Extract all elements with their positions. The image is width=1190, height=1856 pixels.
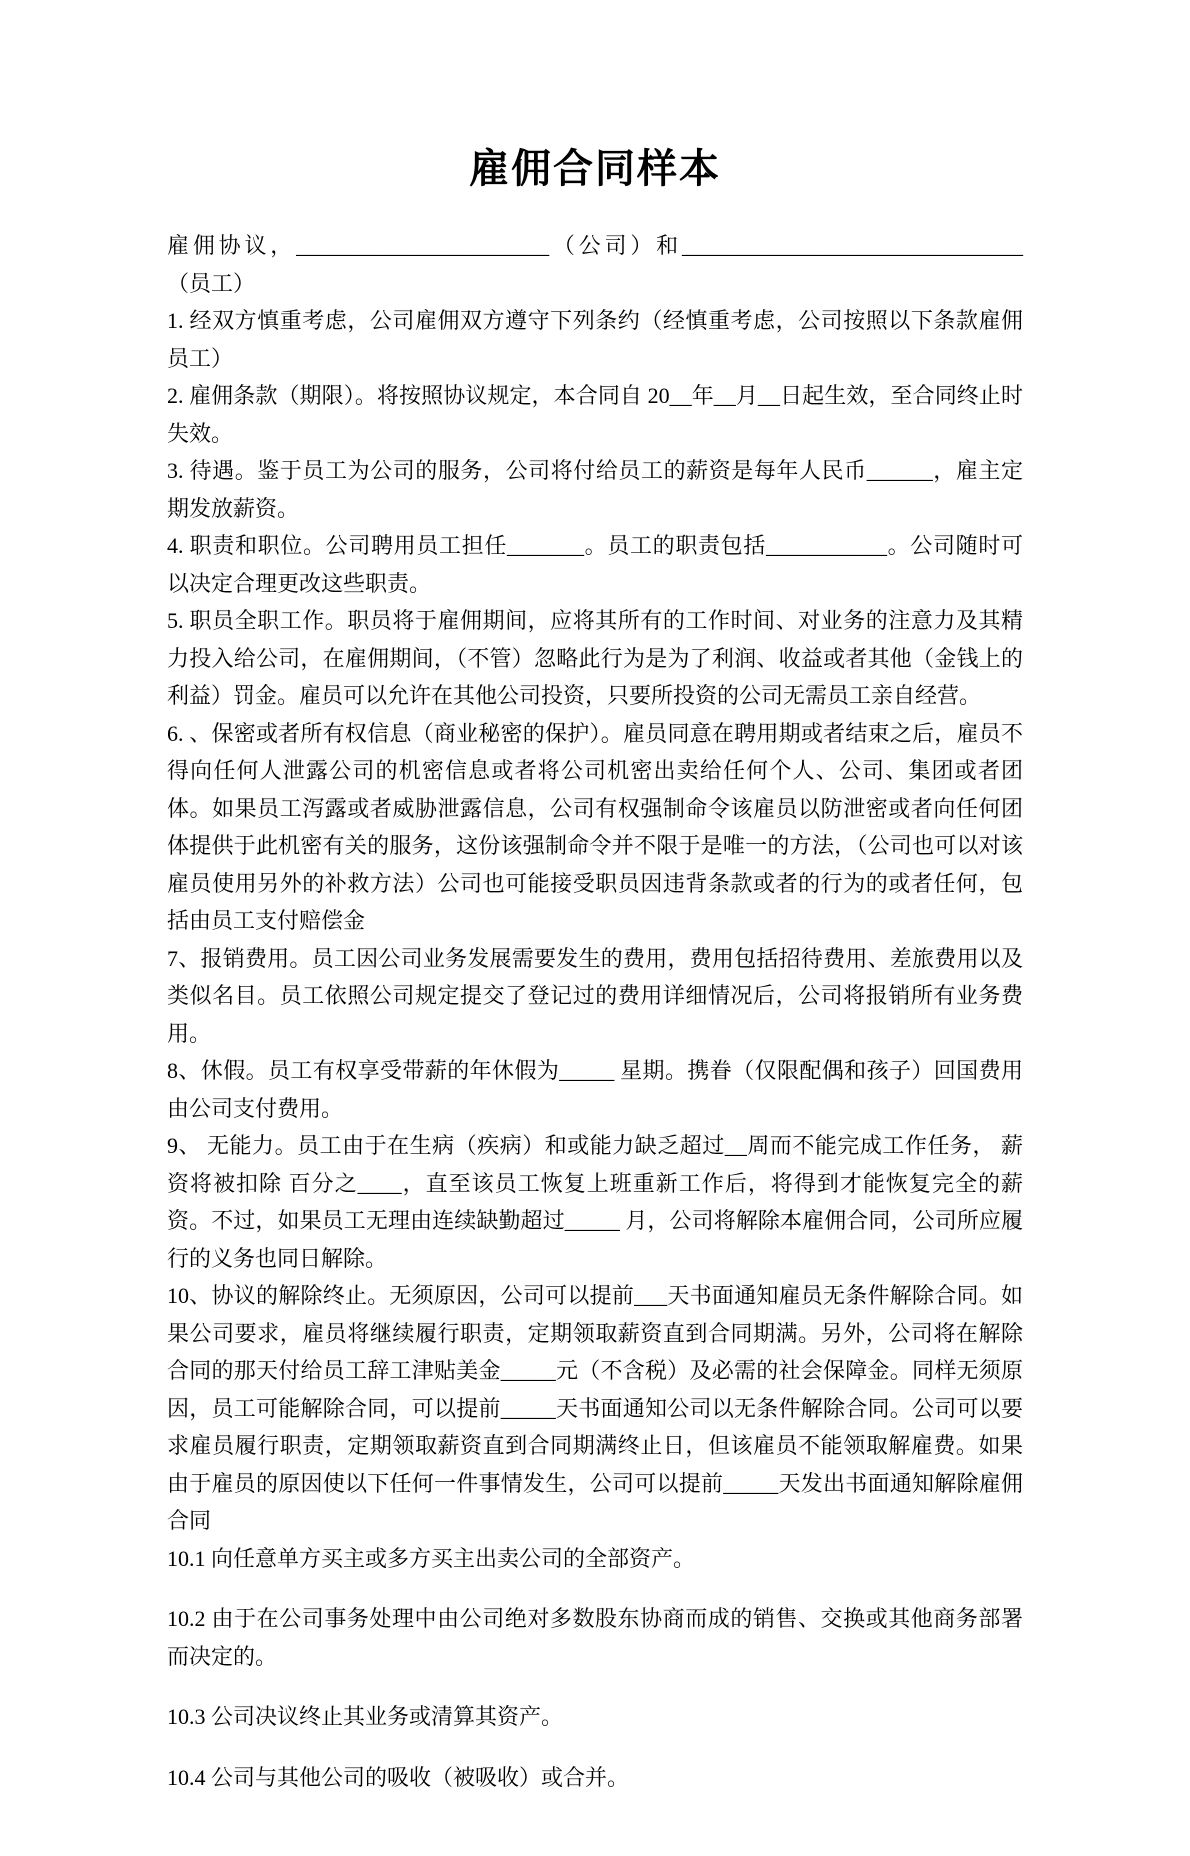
- blank-line: [167, 1736, 1023, 1759]
- contract-paragraph: 10.4 公司与其他公司的吸收（被吸收）或合并。: [167, 1759, 1023, 1797]
- contract-paragraph: 1. 经双方慎重考虑，公司雇佣双方遵守下列条约（经慎重考虑，公司按照以下条款雇佣…: [167, 302, 1023, 377]
- contract-paragraph: 5. 职员全职工作。职员将于雇佣期间，应将其所有的工作时间、对业务的注意力及其精…: [167, 602, 1023, 715]
- document-title: 雇佣合同样本: [167, 145, 1023, 193]
- contract-paragraph: 3. 待遇。鉴于员工为公司的服务，公司将付给员工的薪资是每年人民币______，…: [167, 452, 1023, 527]
- contract-paragraph: 7、报销费用。员工因公司业务发展需要发生的费用，费用包括招待费用、差旅费用以及类…: [167, 940, 1023, 1053]
- contract-paragraph: 10.2 由于在公司事务处理中由公司绝对多数股东协商而成的销售、交换或其他商务部…: [167, 1600, 1023, 1675]
- contract-paragraph: 8、休假。员工有权享受带薪的年休假为_____ 星期。携眷（仅限配偶和孩子）回国…: [167, 1052, 1023, 1127]
- contract-paragraph: 4. 职责和职位。公司聘用员工担任_______。员工的职责包括________…: [167, 527, 1023, 602]
- contract-paragraph: 10.3 公司决议终止其业务或清算其资产。: [167, 1698, 1023, 1736]
- contract-paragraph: 6. 、保密或者所有权信息（商业秘密的保护）。雇员同意在聘用期或者结束之后，雇员…: [167, 715, 1023, 940]
- blank-line: [167, 1577, 1023, 1600]
- contract-paragraph: 10、协议的解除终止。无须原因，公司可以提前___天书面通知雇员无条件解除合同。…: [167, 1277, 1023, 1540]
- blank-line: [167, 1675, 1023, 1698]
- contract-paragraph: 雇佣协议，_______________________（公司）和_______…: [167, 227, 1023, 302]
- document-page: 雇佣合同样本 雇佣协议，_______________________（公司）和…: [0, 0, 1190, 1856]
- contract-paragraph: 10.1 向任意单方买主或多方买主出卖公司的全部资产。: [167, 1540, 1023, 1578]
- contract-paragraph: 2. 雇佣条款（期限）。将按照协议规定，本合同自 20__年__月__日起生效，…: [167, 377, 1023, 452]
- contract-paragraph: 9、 无能力。员工由于在生病（疾病）和或能力缺乏超过__周而不能完成工作任务， …: [167, 1127, 1023, 1277]
- document-body: 雇佣协议，_______________________（公司）和_______…: [167, 227, 1023, 1796]
